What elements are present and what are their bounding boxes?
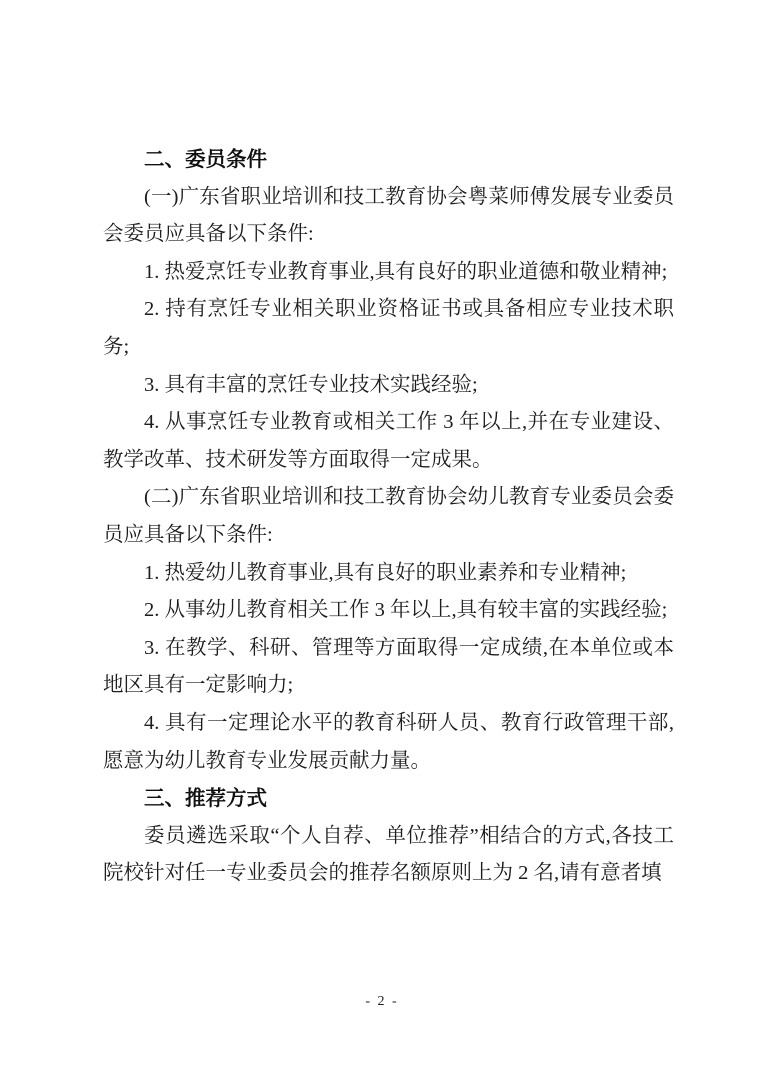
paragraph-committee-2-item-3: 3. 在教学、科研、管理等方面取得一定成绩,在本单位或本地区具有一定影响力; — [103, 630, 674, 705]
paragraph-committee-2-item-4: 4. 具有一定理论水平的教育科研人员、教育行政管理干部,愿意为幼儿教育专业发展贡… — [103, 705, 674, 780]
document-body: 二、委员条件 (一)广东省职业培训和技工教育协会粤菜师傅发展专业委员会委员应具备… — [103, 141, 674, 893]
paragraph-committee-1-item-2: 2. 持有烹饪专业相关职业资格证书或具备相应专业技术职务; — [103, 291, 674, 366]
paragraph-committee-1-item-4: 4. 从事烹饪专业教育或相关工作 3 年以上,并在专业建设、教学改革、技术研发等… — [103, 404, 674, 479]
paragraph-committee-2-intro: (二)广东省职业培训和技工教育协会幼儿教育专业委员会委员应具备以下条件: — [103, 479, 674, 554]
paragraph-committee-1-item-3: 3. 具有丰富的烹饪专业技术实践经验; — [103, 367, 674, 405]
paragraph-recommendation-method: 委员遴选采取“个人自荐、单位推荐”相结合的方式,各技工院校针对任一专业委员会的推… — [103, 818, 674, 893]
section-heading-recommendation-method: 三、推荐方式 — [103, 780, 674, 818]
paragraph-committee-2-item-1: 1. 热爱幼儿教育事业,具有良好的职业素养和专业精神; — [103, 555, 674, 593]
paragraph-committee-1-intro: (一)广东省职业培训和技工教育协会粤菜师傅发展专业委员会委员应具备以下条件: — [103, 179, 674, 254]
section-heading-member-conditions: 二、委员条件 — [103, 141, 674, 179]
paragraph-committee-2-item-2: 2. 从事幼儿教育相关工作 3 年以上,具有较丰富的实践经验; — [103, 592, 674, 630]
paragraph-committee-1-item-1: 1. 热爱烹饪专业教育事业,具有良好的职业道德和敬业精神; — [103, 254, 674, 292]
document-page: 二、委员条件 (一)广东省职业培训和技工教育协会粤菜师傅发展专业委员会委员应具备… — [0, 0, 764, 1080]
page-number: - 2 - — [0, 994, 764, 1010]
